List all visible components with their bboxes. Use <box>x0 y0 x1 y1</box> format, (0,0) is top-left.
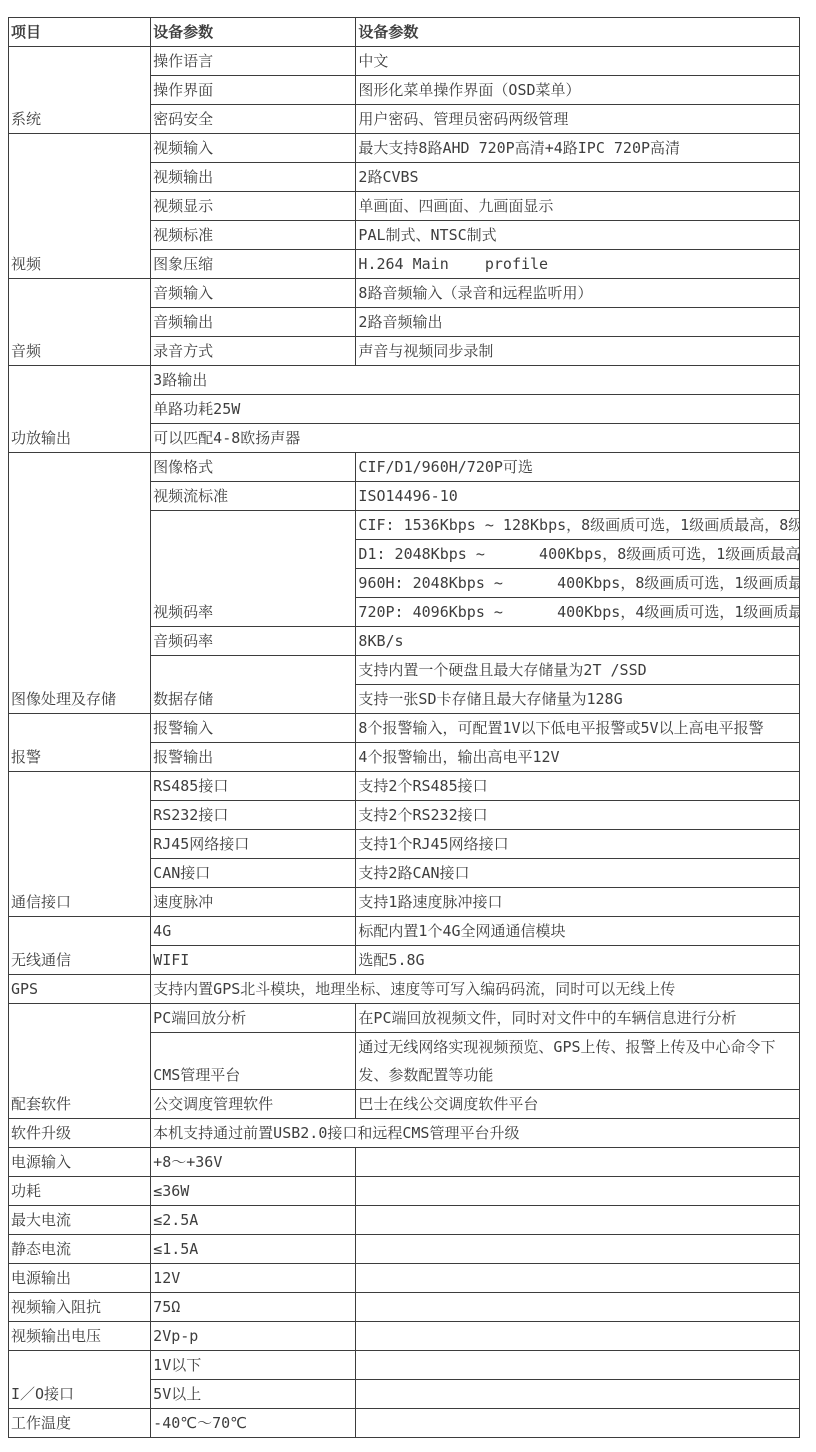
param-value-cell: 8个报警输入，可配置1V以下低电平报警或5V以上高电平报警 <box>356 714 800 743</box>
param-value-cell: 通过无线网络实现视频预览、GPS上传、报警上传及中心命令下发、参数配置等功能 <box>356 1033 800 1090</box>
param-value-cell: 选配5.8G <box>356 946 800 975</box>
param-name-cell: 1V以下 <box>151 1351 356 1380</box>
param-name-cell: 音频输出 <box>151 308 356 337</box>
param-value-cell: H.264 Main profile <box>356 250 800 279</box>
param-name-cell: +8～+36V <box>151 1148 356 1177</box>
header-row: 项目 设备参数 设备参数 <box>9 18 800 47</box>
param-value-cell: 单画面、四画面、九画面显示 <box>356 192 800 221</box>
item-cell: 音频 <box>9 279 151 366</box>
param-value-cell: 声音与视频同步录制 <box>356 337 800 366</box>
param-value-cell: 2路CVBS <box>356 163 800 192</box>
param-name-cell: PC端回放分析 <box>151 1004 356 1033</box>
param-name-cell: 视频标准 <box>151 221 356 250</box>
item-cell: 报警 <box>9 714 151 772</box>
param-name-cell: 75Ω <box>151 1293 356 1322</box>
param-value-cell: CIF/D1/960H/720P可选 <box>356 453 800 482</box>
param-value-cell: 4个报警输出，输出高电平12V <box>356 743 800 772</box>
header-cell-param2: 设备参数 <box>356 18 800 47</box>
merged-value-cell: 本机支持通过前置USB2.0接口和远程CMS管理平台升级 <box>151 1119 800 1148</box>
param-name-cell: 视频显示 <box>151 192 356 221</box>
param-value-cell <box>356 1235 800 1264</box>
param-value-cell: 8KB/s <box>356 627 800 656</box>
table-row: 配套软件PC端回放分析在PC端回放视频文件，同时对文件中的车辆信息进行分析 <box>9 1004 800 1033</box>
param-value-cell <box>356 1380 800 1409</box>
param-name-cell: 视频输入 <box>151 134 356 163</box>
param-name-cell: ≤2.5A <box>151 1206 356 1235</box>
table-row: 工作温度-40℃～70℃ <box>9 1409 800 1438</box>
param-value-cell: 用户密码、管理员密码两级管理 <box>356 105 800 134</box>
param-value-cell: 支持内置一个硬盘且最大存储量为2T /SSD <box>356 656 800 685</box>
param-name-cell: 图像格式 <box>151 453 356 482</box>
item-cell: 通信接口 <box>9 772 151 917</box>
merged-value-cell: 支持内置GPS北斗模块，地理坐标、速度等可写入编码码流，同时可以无线上传 <box>151 975 800 1004</box>
param-value-cell: 960H: 2048Kbps ~ 400Kbps，8级画质可选，1级画质最高，8… <box>356 569 800 598</box>
param-name-cell: 速度脉冲 <box>151 888 356 917</box>
param-name-cell: WIFI <box>151 946 356 975</box>
param-name-cell: 数据存储 <box>151 656 356 714</box>
param-name-cell: 操作语言 <box>151 47 356 76</box>
item-cell: 无线通信 <box>9 917 151 975</box>
param-name-cell: 报警输入 <box>151 714 356 743</box>
param-name-cell: 4G <box>151 917 356 946</box>
param-name-cell: 密码安全 <box>151 105 356 134</box>
param-name-cell: 5V以上 <box>151 1380 356 1409</box>
spec-table-header: 项目 设备参数 设备参数 <box>9 18 800 47</box>
table-row: 静态电流≤1.5A <box>9 1235 800 1264</box>
param-name-cell: CMS管理平台 <box>151 1033 356 1090</box>
param-name-cell: RS232接口 <box>151 801 356 830</box>
param-value-cell: 巴士在线公交调度软件平台 <box>356 1090 800 1119</box>
item-cell: 静态电流 <box>9 1235 151 1264</box>
param-value-cell <box>356 1206 800 1235</box>
param-name-cell: 音频输入 <box>151 279 356 308</box>
param-name-cell: RS485接口 <box>151 772 356 801</box>
item-cell: 功耗 <box>9 1177 151 1206</box>
param-value-cell <box>356 1409 800 1438</box>
item-cell: 最大电流 <box>9 1206 151 1235</box>
item-cell: 视频输出电压 <box>9 1322 151 1351</box>
table-row: 图像处理及存储图像格式CIF/D1/960H/720P可选 <box>9 453 800 482</box>
param-name-cell: 录音方式 <box>151 337 356 366</box>
table-row: 音频音频输入8路音频输入（录音和远程监听用） <box>9 279 800 308</box>
item-cell: 视频输入阻抗 <box>9 1293 151 1322</box>
param-name-cell: 视频输出 <box>151 163 356 192</box>
table-row: 报警报警输入8个报警输入，可配置1V以下低电平报警或5V以上高电平报警 <box>9 714 800 743</box>
param-name-cell: 视频流标准 <box>151 482 356 511</box>
param-value-cell: 支持2个RS232接口 <box>356 801 800 830</box>
param-value-cell: 支持1个RJ45网络接口 <box>356 830 800 859</box>
param-value-cell: 支持一张SD卡存储且最大存储量为128G <box>356 685 800 714</box>
item-cell: 软件升级 <box>9 1119 151 1148</box>
param-name-cell: 视频码率 <box>151 511 356 627</box>
param-value-cell: D1: 2048Kbps ~ 400Kbps，8级画质可选，1级画质最高，8级最… <box>356 540 800 569</box>
param-value-cell: CIF: 1536Kbps ~ 128Kbps，8级画质可选，1级画质最高，8级… <box>356 511 800 540</box>
param-name-cell: ≤1.5A <box>151 1235 356 1264</box>
item-cell: 工作温度 <box>9 1409 151 1438</box>
item-cell: 配套软件 <box>9 1004 151 1119</box>
param-value-cell <box>356 1177 800 1206</box>
table-row: 通信接口RS485接口支持2个RS485接口 <box>9 772 800 801</box>
param-name-cell: 2Vp-p <box>151 1322 356 1351</box>
item-cell: 视频 <box>9 134 151 279</box>
item-cell: 功放输出 <box>9 366 151 453</box>
merged-value-cell: 单路功耗25W <box>151 395 800 424</box>
param-name-cell: 12V <box>151 1264 356 1293</box>
table-row: 最大电流≤2.5A <box>9 1206 800 1235</box>
param-value-cell: 720P: 4096Kbps ~ 400Kbps，4级画质可选，1级画质最高，4… <box>356 598 800 627</box>
table-row: 无线通信4G标配内置1个4G全网通通信模块 <box>9 917 800 946</box>
param-name-cell: 音频码率 <box>151 627 356 656</box>
param-value-cell: ISO14496-10 <box>356 482 800 511</box>
param-value-cell: 最大支持8路AHD 720P高清+4路IPC 720P高清 <box>356 134 800 163</box>
param-value-cell: 支持2个RS485接口 <box>356 772 800 801</box>
param-value-cell <box>356 1322 800 1351</box>
item-cell: GPS <box>9 975 151 1004</box>
item-cell: 电源输出 <box>9 1264 151 1293</box>
param-value-cell: 标配内置1个4G全网通通信模块 <box>356 917 800 946</box>
table-row: 视频输入阻抗75Ω <box>9 1293 800 1322</box>
item-cell: 电源输入 <box>9 1148 151 1177</box>
param-name-cell: 公交调度管理软件 <box>151 1090 356 1119</box>
merged-value-cell: 3路输出 <box>151 366 800 395</box>
param-name-cell: RJ45网络接口 <box>151 830 356 859</box>
param-name-cell: 报警输出 <box>151 743 356 772</box>
spec-table-body: 系统操作语言中文操作界面图形化菜单操作界面（OSD菜单）密码安全用户密码、管理员… <box>9 47 800 1438</box>
param-value-cell <box>356 1351 800 1380</box>
param-value-cell: 支持2路CAN接口 <box>356 859 800 888</box>
item-cell: I／O接口 <box>9 1351 151 1409</box>
table-row: 系统操作语言中文 <box>9 47 800 76</box>
param-value-cell: PAL制式、NTSC制式 <box>356 221 800 250</box>
table-row: 电源输入+8～+36V <box>9 1148 800 1177</box>
table-row: 功放输出3路输出 <box>9 366 800 395</box>
param-name-cell: -40℃～70℃ <box>151 1409 356 1438</box>
param-value-cell: 8路音频输入（录音和远程监听用） <box>356 279 800 308</box>
param-name-cell: CAN接口 <box>151 859 356 888</box>
merged-value-cell: 可以匹配4-8欧扬声器 <box>151 424 800 453</box>
table-row: I／O接口1V以下 <box>9 1351 800 1380</box>
param-value-cell: 支持1路速度脉冲接口 <box>356 888 800 917</box>
table-row: 电源输出12V <box>9 1264 800 1293</box>
param-name-cell: 图象压缩 <box>151 250 356 279</box>
param-name-cell: ≤36W <box>151 1177 356 1206</box>
item-cell: 系统 <box>9 47 151 134</box>
page: 项目 设备参数 设备参数 系统操作语言中文操作界面图形化菜单操作界面（OSD菜单… <box>0 0 816 1446</box>
param-value-cell <box>356 1293 800 1322</box>
item-cell: 图像处理及存储 <box>9 453 151 714</box>
spec-table: 项目 设备参数 设备参数 系统操作语言中文操作界面图形化菜单操作界面（OSD菜单… <box>8 17 800 1438</box>
table-row: 功耗≤36W <box>9 1177 800 1206</box>
header-cell-item: 项目 <box>9 18 151 47</box>
table-row: 视频输出电压2Vp-p <box>9 1322 800 1351</box>
param-value-cell: 中文 <box>356 47 800 76</box>
param-value-cell: 图形化菜单操作界面（OSD菜单） <box>356 76 800 105</box>
param-name-cell: 操作界面 <box>151 76 356 105</box>
table-row: GPS支持内置GPS北斗模块，地理坐标、速度等可写入编码码流，同时可以无线上传 <box>9 975 800 1004</box>
param-value-cell: 2路音频输出 <box>356 308 800 337</box>
param-value-cell <box>356 1148 800 1177</box>
param-value-cell: 在PC端回放视频文件，同时对文件中的车辆信息进行分析 <box>356 1004 800 1033</box>
header-cell-param: 设备参数 <box>151 18 356 47</box>
table-row: 视频视频输入最大支持8路AHD 720P高清+4路IPC 720P高清 <box>9 134 800 163</box>
table-row: 软件升级本机支持通过前置USB2.0接口和远程CMS管理平台升级 <box>9 1119 800 1148</box>
param-value-cell <box>356 1264 800 1293</box>
